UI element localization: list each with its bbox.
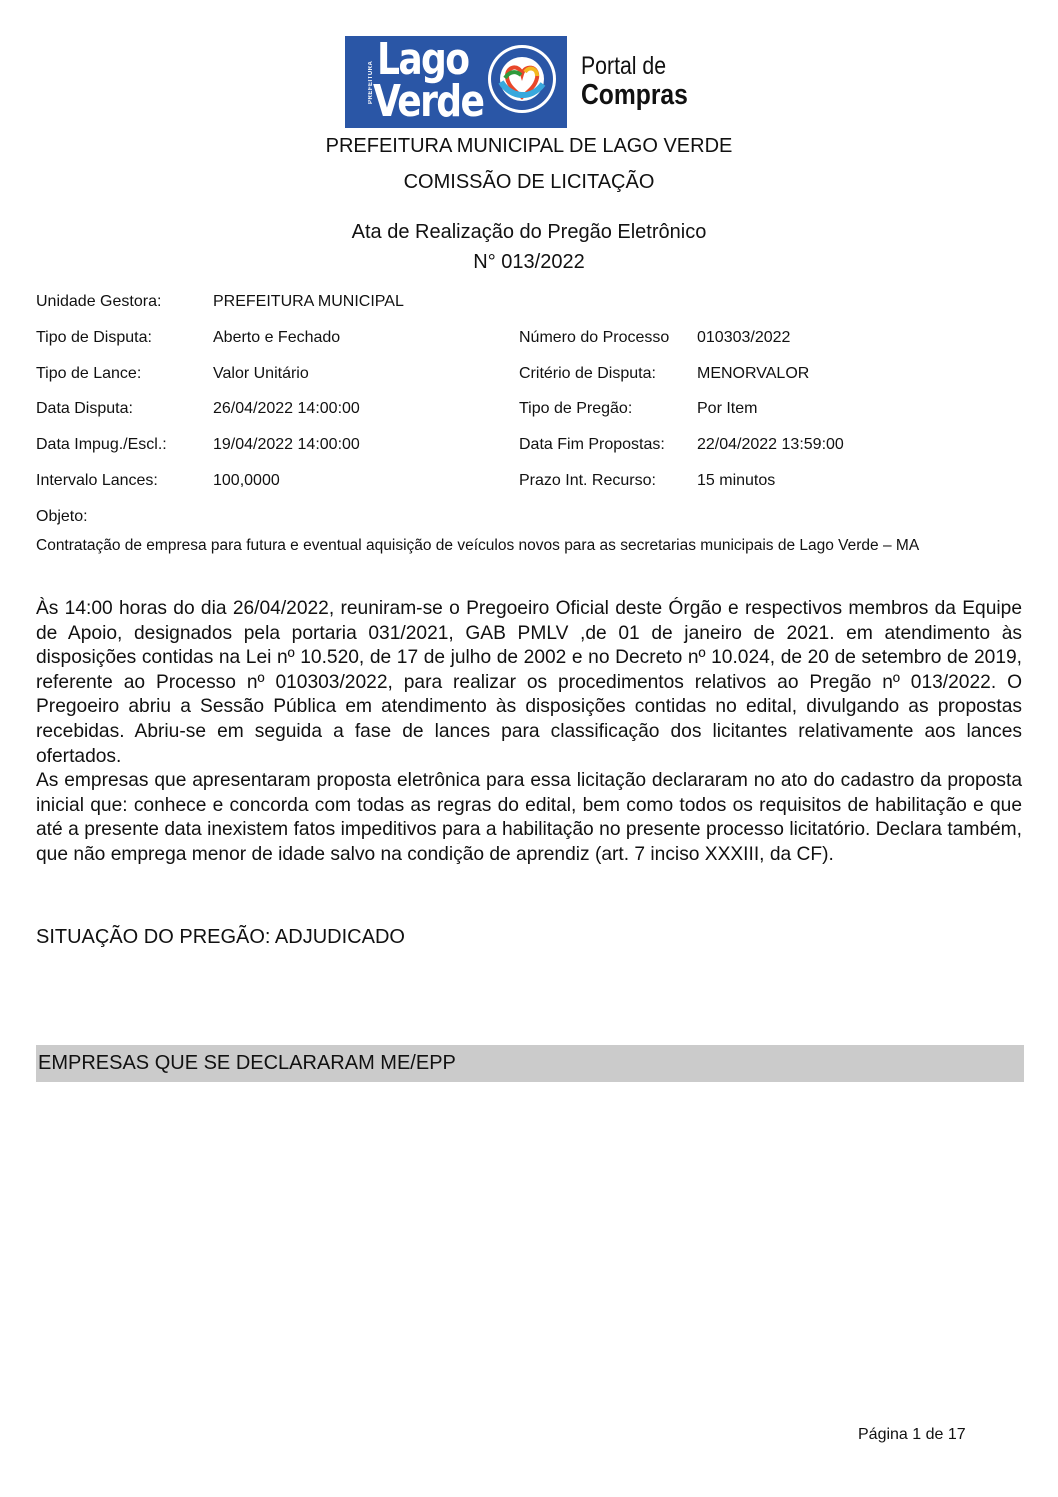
document-title: Ata de Realização do Pregão Eletrônico <box>0 221 1058 244</box>
prazo-recurso-label: Prazo Int. Recurso: <box>519 472 656 490</box>
lago-verde-logo: PREFEITURA Lago Verde <box>345 36 567 128</box>
data-impug-value: 19/04/2022 14:00:00 <box>213 436 360 454</box>
intervalo-lances-value: 100,0000 <box>213 472 280 490</box>
prazo-recurso-value: 15 minutos <box>697 472 775 490</box>
tipo-pregao-label: Tipo de Pregão: <box>519 400 632 418</box>
numero-processo-label: Número do Processo <box>519 329 669 347</box>
tipo-lance-value: Valor Unitário <box>213 365 309 383</box>
data-fim-propostas-label: Data Fim Propostas: <box>519 436 665 454</box>
tipo-pregao-value: Por Item <box>697 400 757 418</box>
org-name: PREFEITURA MUNICIPAL DE LAGO VERDE <box>0 135 1058 158</box>
session-paragraph: Às 14:00 horas do dia 26/04/2022, reunir… <box>36 597 1022 769</box>
commission-name: COMISSÃO DE LICITAÇÃO <box>0 171 1058 194</box>
me-epp-section-header: EMPRESAS QUE SE DECLARARAM ME/EPP <box>36 1045 1024 1082</box>
tipo-disputa-value: Aberto e Fechado <box>213 329 340 347</box>
data-disputa-value: 26/04/2022 14:00:00 <box>213 400 360 418</box>
status-text: SITUAÇÃO DO PREGÃO: ADJUDICADO <box>36 926 405 949</box>
document-number: N° 013/2022 <box>0 251 1058 274</box>
data-impug-label: Data Impug./Escl.: <box>36 436 167 454</box>
objeto-text: Contratação de empresa para futura e eve… <box>36 536 1026 556</box>
tipo-lance-label: Tipo de Lance: <box>36 365 141 383</box>
portal-title-line2: Compras <box>581 81 688 110</box>
numero-processo-value: 010303/2022 <box>697 329 790 347</box>
logo-line2: Verde <box>373 80 483 124</box>
tipo-disputa-label: Tipo de Disputa: <box>36 329 152 347</box>
criterio-disputa-label: Critério de Disputa: <box>519 365 656 383</box>
data-disputa-label: Data Disputa: <box>36 400 133 418</box>
heart-seal-icon <box>485 42 559 116</box>
data-fim-propostas-value: 22/04/2022 13:59:00 <box>697 436 844 454</box>
page-number: Página 1 de 17 <box>858 1426 966 1444</box>
portal-logo: PREFEITURA Lago Verde Portal de Compras <box>345 36 707 128</box>
portal-title: Portal de Compras <box>581 54 707 110</box>
declaration-paragraph: As empresas que apresentaram proposta el… <box>36 769 1022 867</box>
criterio-disputa-value: MENORVALOR <box>697 365 809 383</box>
objeto-label: Objeto: <box>36 508 88 526</box>
unidade-gestora-value: PREFEITURA MUNICIPAL <box>213 293 404 311</box>
me-epp-section-title: EMPRESAS QUE SE DECLARARAM ME/EPP <box>36 1052 456 1075</box>
portal-title-line1: Portal de <box>581 54 688 79</box>
unidade-gestora-label: Unidade Gestora: <box>36 293 161 311</box>
intervalo-lances-label: Intervalo Lances: <box>36 472 158 490</box>
